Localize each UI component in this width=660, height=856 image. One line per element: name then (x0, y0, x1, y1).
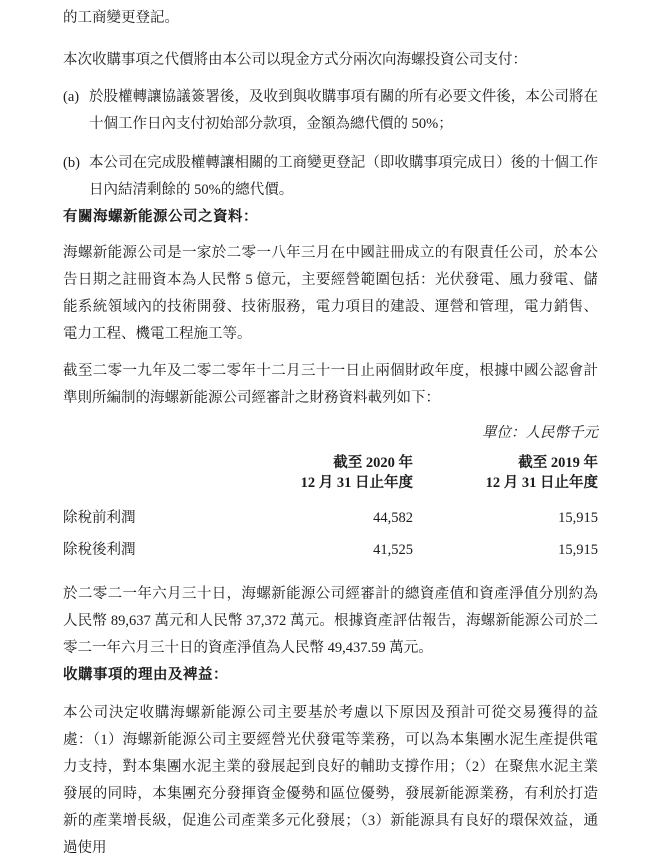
table-header-fy2020: 截至 2020 年 12 月 31 日止年度 (213, 453, 413, 493)
document-page: 的工商變更登記。 本次收購事項之代價將由本公司以現金方式分兩次向海螺投資公司支付… (0, 0, 660, 856)
paragraph-payment-intro: 本次收購事項之代價將由本公司以現金方式分兩次向海螺投資公司支付： (63, 47, 598, 74)
table-header-fy2020-line2: 12 月 31 日止年度 (213, 473, 413, 493)
paragraph-asset-valuation: 於二零二一年六月三十日，海螺新能源公司經審計的總資產值和資產淨值分別約為人民幣 … (63, 581, 598, 662)
row-label-profit-after-tax: 除稅後利潤 (63, 537, 213, 564)
list-marker-a: (a) (63, 84, 89, 138)
table-unit-note: 單位：人民幣千元 (63, 420, 598, 447)
table-header-fy2019-line1: 截至 2019 年 (413, 453, 598, 473)
paragraph-acquisition-reasons: 本公司決定收購海螺新能源公司主要基於考慮以下原因及預計可從交易獲得的益處：（1）… (63, 700, 598, 856)
value-profit-before-tax-2020: 44,582 (213, 505, 413, 532)
paragraph-financial-intro: 截至二零一九年及二零二零年十二月三十一日止兩個財政年度，根據中國公認會計準則所編… (63, 358, 598, 412)
table-header-row: 截至 2020 年 12 月 31 日止年度 截至 2019 年 12 月 31… (63, 453, 598, 493)
list-item-a: (a) 於股權轉讓協議簽署後，及收到與收購事項有關的所有必要文件後，本公司將在十… (63, 84, 598, 138)
row-label-profit-before-tax: 除稅前利潤 (63, 505, 213, 532)
list-item-b: (b) 本公司在完成股權轉讓相關的工商變更登記（即收購事項完成日）後的十個工作日… (63, 150, 598, 204)
section-heading-reasons-benefits: 收購事項的理由及裨益： (63, 662, 598, 689)
list-text-a: 於股權轉讓協議簽署後，及收到與收購事項有關的所有必要文件後，本公司將在十個工作日… (89, 84, 598, 138)
table-header-fy2019: 截至 2019 年 12 月 31 日止年度 (413, 453, 598, 493)
section-heading-company-info: 有關海螺新能源公司之資料： (63, 204, 598, 231)
value-profit-after-tax-2020: 41,525 (213, 537, 413, 564)
table-row-profit-after-tax: 除稅後利潤 41,525 15,915 (63, 537, 598, 564)
list-text-b: 本公司在完成股權轉讓相關的工商變更登記（即收購事項完成日）後的十個工作日內結清剩… (89, 150, 598, 204)
financial-table: 截至 2020 年 12 月 31 日止年度 截至 2019 年 12 月 31… (63, 453, 598, 564)
paragraph-registration-continuation: 的工商變更登記。 (63, 5, 598, 32)
list-marker-b: (b) (63, 150, 89, 204)
table-header-fy2019-line2: 12 月 31 日止年度 (413, 473, 598, 493)
paragraph-company-description: 海螺新能源公司是一家於二零一八年三月在中國註冊成立的有限責任公司，於本公告日期之… (63, 240, 598, 348)
value-profit-before-tax-2019: 15,915 (413, 505, 598, 532)
table-header-fy2020-line1: 截至 2020 年 (213, 453, 413, 473)
value-profit-after-tax-2019: 15,915 (413, 537, 598, 564)
table-row-profit-before-tax: 除稅前利潤 44,582 15,915 (63, 505, 598, 532)
